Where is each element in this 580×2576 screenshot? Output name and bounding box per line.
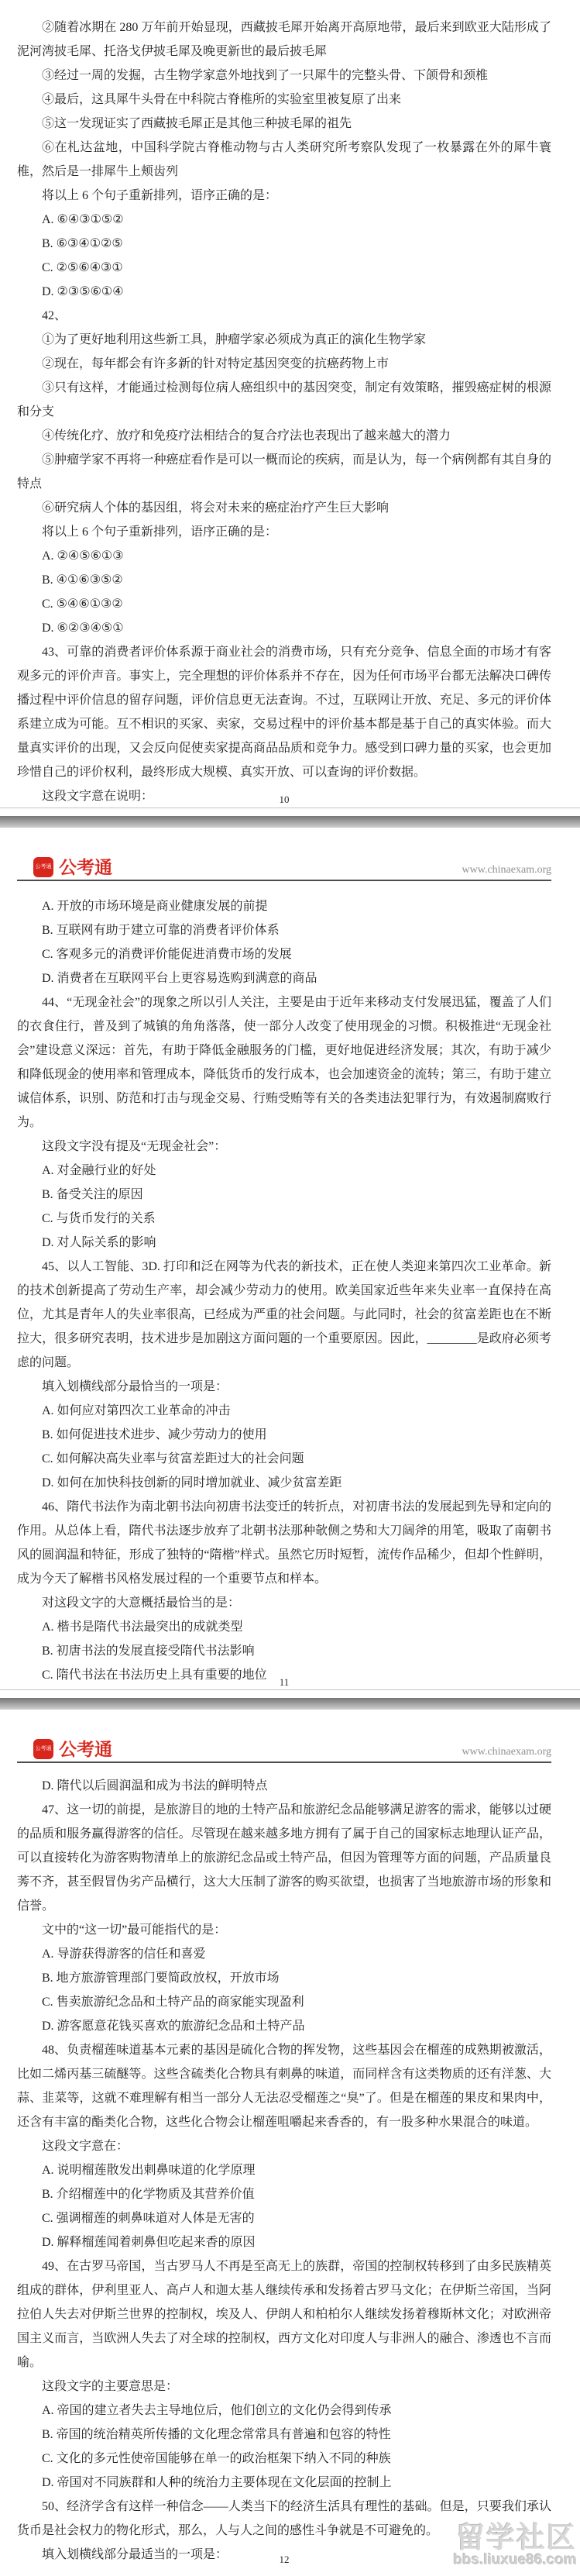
option-line: B. 初唐书法的发展直接受隋代书法影响 <box>17 1639 551 1663</box>
option-line: C. ⑤④⑥①③② <box>17 592 551 616</box>
option-line: B. 地方旅游管理部门要简政放权，开放市场 <box>17 1966 551 1990</box>
option-line: A. 如何应对第四次工业革命的冲击 <box>17 1399 551 1423</box>
paragraph: ②随着冰期在 280 万年前开始显现，西藏披毛犀开始离开高原地带，最后来到欧亚大… <box>17 15 551 64</box>
paragraph: 48、负责榴莲味道基本元素的基因是硫化合物的挥发物，这些基因会在榴莲的成熟期被激… <box>17 2038 551 2134</box>
page-11: 公考通 公考通 www.chinaexam.org A. 开放的市场环境是商业健… <box>0 828 580 1710</box>
option-line: A. 说明榴莲散发出刺鼻味道的化学原理 <box>17 2158 551 2182</box>
page-edge-line <box>0 1689 580 1690</box>
header-url: www.chinaexam.org <box>462 1745 551 1759</box>
option-line: C. 如何解决高失业率与贫富差距过大的社会问题 <box>17 1447 551 1471</box>
option-line: D. 消费者在互联网平台上更容易选购到满意的商品 <box>17 966 551 990</box>
paragraph: ⑤肿瘤学家不再将一种癌症看作是可以一概而论的疾病，而是认为，每一个病例都有其自身… <box>17 448 551 496</box>
option-line: C. 强调榴莲的刺鼻味道对人体是无害的 <box>17 2206 551 2230</box>
gongkaotong-logo-badge-icon: 公考通 <box>33 1739 53 1759</box>
page-edge-line <box>0 808 580 808</box>
option-line: A. 开放的市场环境是商业健康发展的前提 <box>17 894 551 918</box>
page-number: 12 <box>17 2554 551 2566</box>
option-line: D. 如何在加快科技创新的同时增加就业、减少贫富差距 <box>17 1471 551 1495</box>
page-number: 10 <box>17 794 551 806</box>
page-12: 公考通 公考通 www.chinaexam.org D. 隋代以后圆润温和成为书… <box>0 1710 580 2576</box>
separator-band <box>0 816 580 828</box>
gongkaotong-logo-text: 公考通 <box>59 1739 112 1759</box>
option-line: C. ②⑤⑥④③① <box>17 256 551 280</box>
paragraph: ⑤这一发现证实了西藏披毛犀正是其他三种披毛犀的祖先 <box>17 112 551 136</box>
option-line: C. 客观多元的消费评价能促进消费市场的发展 <box>17 942 551 966</box>
paragraph: ⑥在札达盆地，中国科学院古脊椎动物与古人类研究所考察队发现了一枚暴露在外的犀牛寰… <box>17 136 551 184</box>
question-stem: 这段文字意在： <box>17 2134 551 2158</box>
option-line: A. ⑥④③①⑤② <box>17 208 551 232</box>
option-line: B. 备受关注的原因 <box>17 1183 551 1207</box>
question-stem: 将以上 6 个句子重新排列，语序正确的是： <box>17 184 551 208</box>
page-header: 公考通 公考通 www.chinaexam.org <box>0 1710 580 1763</box>
option-line: B. 如何促进技术进步、减少劳动力的使用 <box>17 1423 551 1447</box>
paragraph: 45、以人工智能、3D. 打印和泛在网等为代表的新技术，正在使人类迎来第四次工业… <box>17 1255 551 1375</box>
option-line: A. 楷书是隋代书法最突出的成就类型 <box>17 1615 551 1639</box>
page-12-content: D. 隋代以后圆润温和成为书法的鲜明特点47、这一切的前提，是旅游目的地的土特产… <box>0 1763 580 2567</box>
option-line: D. 隋代以后圆润温和成为书法的鲜明特点 <box>17 1774 551 1798</box>
option-line: D. 解释榴莲闻着刺鼻但吃起来香的原因 <box>17 2230 551 2254</box>
paragraph: 43、可靠的消费者评价体系源于商业社会的消费市场，只有充分竞争、信息全面的市场才… <box>17 640 551 784</box>
option-line: A. ②④⑤⑥①③ <box>17 544 551 568</box>
paragraph: 49、在古罗马帝国，当古罗马人不再是至高无上的族群，帝国的控制权转移到了由多民族… <box>17 2254 551 2375</box>
option-line: A. 导游获得游客的信任和喜爱 <box>17 1942 551 1966</box>
paragraph: ②现在，每年都会有许多新的针对特定基因突变的抗癌药物上市 <box>17 352 551 376</box>
separator-band <box>0 1698 580 1710</box>
page-header: 公考通 公考通 www.chinaexam.org <box>0 828 580 881</box>
question-stem: 这段文字没有提及“无现金社会”： <box>17 1135 551 1159</box>
option-line: D. 帝国对不同族群和人种的统治力主要体现在文化层面的控制上 <box>17 2471 551 2495</box>
paragraph: ⑥研究病人个体的基因组，将会对未来的癌症治疗产生巨大影响 <box>17 496 551 520</box>
paragraph: 44、“无现金社会”的现象之所以引人关注，主要是由于近年来移动支付发展迅猛，覆盖… <box>17 990 551 1135</box>
paragraph: 46、隋代书法作为南北朝书法向初唐书法变迁的转折点，对初唐书法的发展起到先导和定… <box>17 1495 551 1591</box>
paragraph: ③只有这样，才能通过检测每位病人癌组织中的基因突变，制定有效策略，摧毁癌症树的根… <box>17 376 551 424</box>
option-line: C. 文化的多元性使帝国能够在单一的政治框架下纳入不同的种族 <box>17 2447 551 2471</box>
option-line: B. 帝国的统治精英所传播的文化理念常常具有普遍和包容的特性 <box>17 2423 551 2447</box>
gongkaotong-logo-badge-icon: 公考通 <box>33 857 53 877</box>
page-10-content: ②随着冰期在 280 万年前开始显现，西藏披毛犀开始离开高原地带，最后来到欧亚大… <box>0 0 580 808</box>
option-line: B. 互联网有助于建立可靠的消费者评价体系 <box>17 918 551 942</box>
question-stem: 将以上 6 个句子重新排列，语序正确的是： <box>17 520 551 544</box>
gongkaotong-logo-text: 公考通 <box>59 857 112 877</box>
question-stem: 文中的“这一切”最可能指代的是： <box>17 1918 551 1942</box>
page-11-content: A. 开放的市场环境是商业健康发展的前提B. 互联网有助于建立可靠的消费者评价体… <box>0 881 580 1687</box>
page-number: 11 <box>17 1676 551 1689</box>
paragraph: 47、这一切的前提，是旅游目的地的土特产品和旅游纪念品能够满足游客的需求，能够以… <box>17 1798 551 1918</box>
option-line: A. 帝国的建立者失去主导地位后，他们创立的文化仍会得到传承 <box>17 2399 551 2423</box>
page-separator <box>0 1689 580 1710</box>
watermark-title: 留学社区 <box>454 2523 577 2553</box>
page-separator <box>0 808 580 828</box>
option-line: D. 对人际关系的影响 <box>17 1231 551 1255</box>
option-line: D. 游客愿意花钱买喜欢的旅游纪念品和土特产品 <box>17 2014 551 2038</box>
question-stem: 填入划横线部分最恰当的一项是： <box>17 1375 551 1399</box>
question-stem: 对这段文字的大意概括最恰当的是： <box>17 1591 551 1615</box>
question-number: 42、 <box>17 304 551 328</box>
option-line: D. ⑥②③④⑤① <box>17 616 551 640</box>
option-line: B. ⑥③④①②⑤ <box>17 232 551 256</box>
option-line: B. 介绍榴莲中的化学物质及其营养价值 <box>17 2182 551 2206</box>
scanned-exam-document: ②随着冰期在 280 万年前开始显现，西藏披毛犀开始离开高原地带，最后来到欧亚大… <box>0 0 580 2576</box>
option-line: C. 与货币发行的关系 <box>17 1207 551 1231</box>
paragraph: ③经过一周的发掘，古生物学家意外地找到了一只犀牛的完整头骨、下颌骨和颈椎 <box>17 64 551 88</box>
header-url: www.chinaexam.org <box>462 863 551 877</box>
page-10: ②随着冰期在 280 万年前开始显现，西藏披毛犀开始离开高原地带，最后来到欧亚大… <box>0 0 580 828</box>
option-line: A. 对金融行业的好处 <box>17 1159 551 1183</box>
option-line: B. ④①⑥③⑤② <box>17 568 551 592</box>
paragraph: ①为了更好地利用这些新工具，肿瘤学家必须成为真正的演化生物学家 <box>17 328 551 352</box>
paragraph: ④传统化疗、放疗和免疫疗法相结合的复合疗法也表现出了越来越大的潜力 <box>17 424 551 448</box>
option-line: D. ②③⑤⑥①④ <box>17 280 551 304</box>
question-stem: 这段文字的主要意思是： <box>17 2375 551 2399</box>
option-line: C. 售卖旅游纪念品和土特产品的商家能实现盈利 <box>17 1990 551 2014</box>
paragraph: ④最后，这具犀牛头骨在中科院古脊椎所的实验室里被复原了出来 <box>17 88 551 112</box>
